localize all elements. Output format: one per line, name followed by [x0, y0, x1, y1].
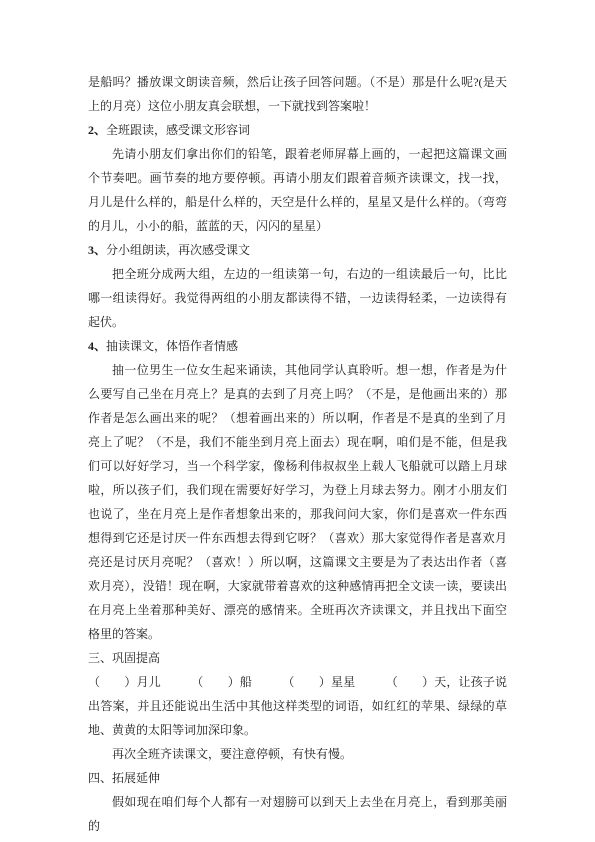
paragraph-continuation: 是船吗？播放课文朗读音频，然后让孩子回答问题。（不是）那是什么呢?(是天上的月亮…	[88, 70, 507, 118]
document-content: 是船吗？播放课文朗读音频，然后让孩子回答问题。（不是）那是什么呢?(是天上的月亮…	[88, 70, 507, 838]
heading-text: 抽读课文，体悟作者情感	[106, 339, 238, 353]
paragraph-follow-reading: 先请小朋友们拿出你们的铅笔，跟着老师屏幕上画的，一起把这篇课文画个节奏吧。画节奏…	[88, 142, 507, 238]
heading-number: 2、	[88, 123, 106, 137]
paragraph-imagine-wings: 假如现在咱们每个人都有一对翅膀可以到天上去坐在月亮上，看到那美丽的	[88, 790, 507, 838]
section-heading-consolidate: 三、巩固提高	[88, 646, 507, 670]
paragraph-reread: 再次全班齐读课文，要注意停顿，有快有慢。	[88, 742, 507, 766]
section-heading-3: 3、分小组朗读，再次感受课文	[88, 238, 507, 262]
paragraph-author-emotion: 抽一位男生一位女生起来诵读，其他同学认真聆听。想一想，作者是为什么要写自己坐在月…	[88, 358, 507, 646]
paragraph-group-reading: 把全班分成两大组，左边的一组读第一句，右边的一组读最后一句，比比哪一组读得好。我…	[88, 262, 507, 334]
heading-text: 全班跟读，感受课文形容词	[106, 123, 250, 137]
heading-text: 分小组朗读，再次感受课文	[106, 243, 250, 257]
section-heading-2: 2、全班跟读，感受课文形容词	[88, 118, 507, 142]
fill-in-blanks-paragraph: （ ）月儿 （ ）船 （ ）星星 （ ）天，让孩子说出答案，并且还能说出生活中其…	[88, 670, 507, 742]
section-heading-4: 4、抽读课文，体悟作者情感	[88, 334, 507, 358]
heading-number: 3、	[88, 243, 106, 257]
document-page: 是船吗？播放课文朗读音频，然后让孩子回答问题。（不是）那是什么呢?(是天上的月亮…	[0, 0, 595, 842]
section-heading-extend: 四、拓展延伸	[88, 766, 507, 790]
heading-number: 4、	[88, 339, 106, 353]
